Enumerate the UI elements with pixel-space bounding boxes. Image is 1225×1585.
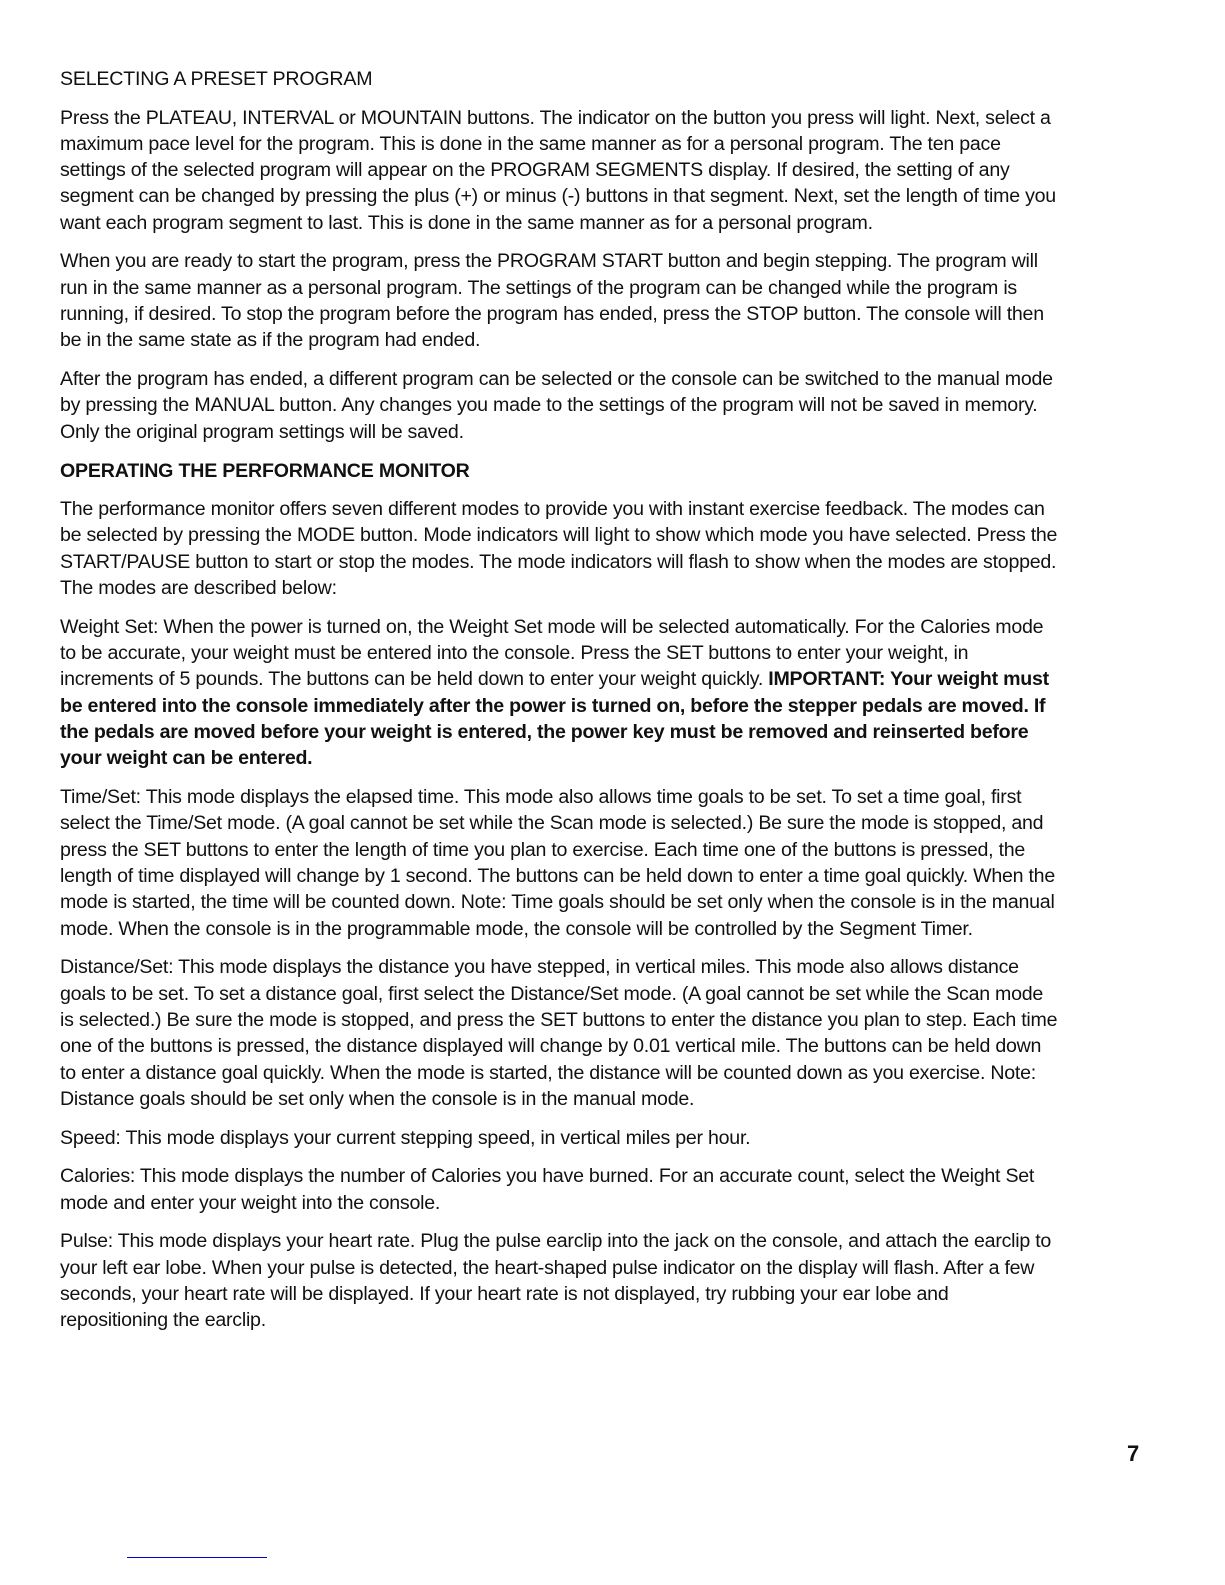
mode-speed: Speed: This mode displays your current s… [60,1125,1060,1151]
paragraph-select-preset: Press the PLATEAU, INTERVAL or MOUNTAIN … [60,105,1060,236]
mode-time-set: Time/Set: This mode displays the elapsed… [60,784,1060,942]
section-heading-performance-monitor: OPERATING THE PERFORMANCE MONITOR [60,458,1060,484]
paragraph-start-program: When you are ready to start the program,… [60,248,1060,353]
paragraph-after-program: After the program has ended, a different… [60,366,1060,445]
footer-rule [127,1557,267,1558]
section-heading-preset-program: SELECTING A PRESET PROGRAM [60,66,1060,92]
manual-page: SELECTING A PRESET PROGRAM Press the PLA… [60,66,1060,1346]
mode-calories: Calories: This mode displays the number … [60,1163,1060,1216]
mode-weight-set: Weight Set: When the power is turned on,… [60,614,1060,772]
mode-pulse: Pulse: This mode displays your heart rat… [60,1228,1060,1333]
paragraph-monitor-intro: The performance monitor offers seven dif… [60,496,1060,601]
mode-distance-set: Distance/Set: This mode displays the dis… [60,954,1060,1112]
page-number: 7 [1127,1441,1139,1467]
